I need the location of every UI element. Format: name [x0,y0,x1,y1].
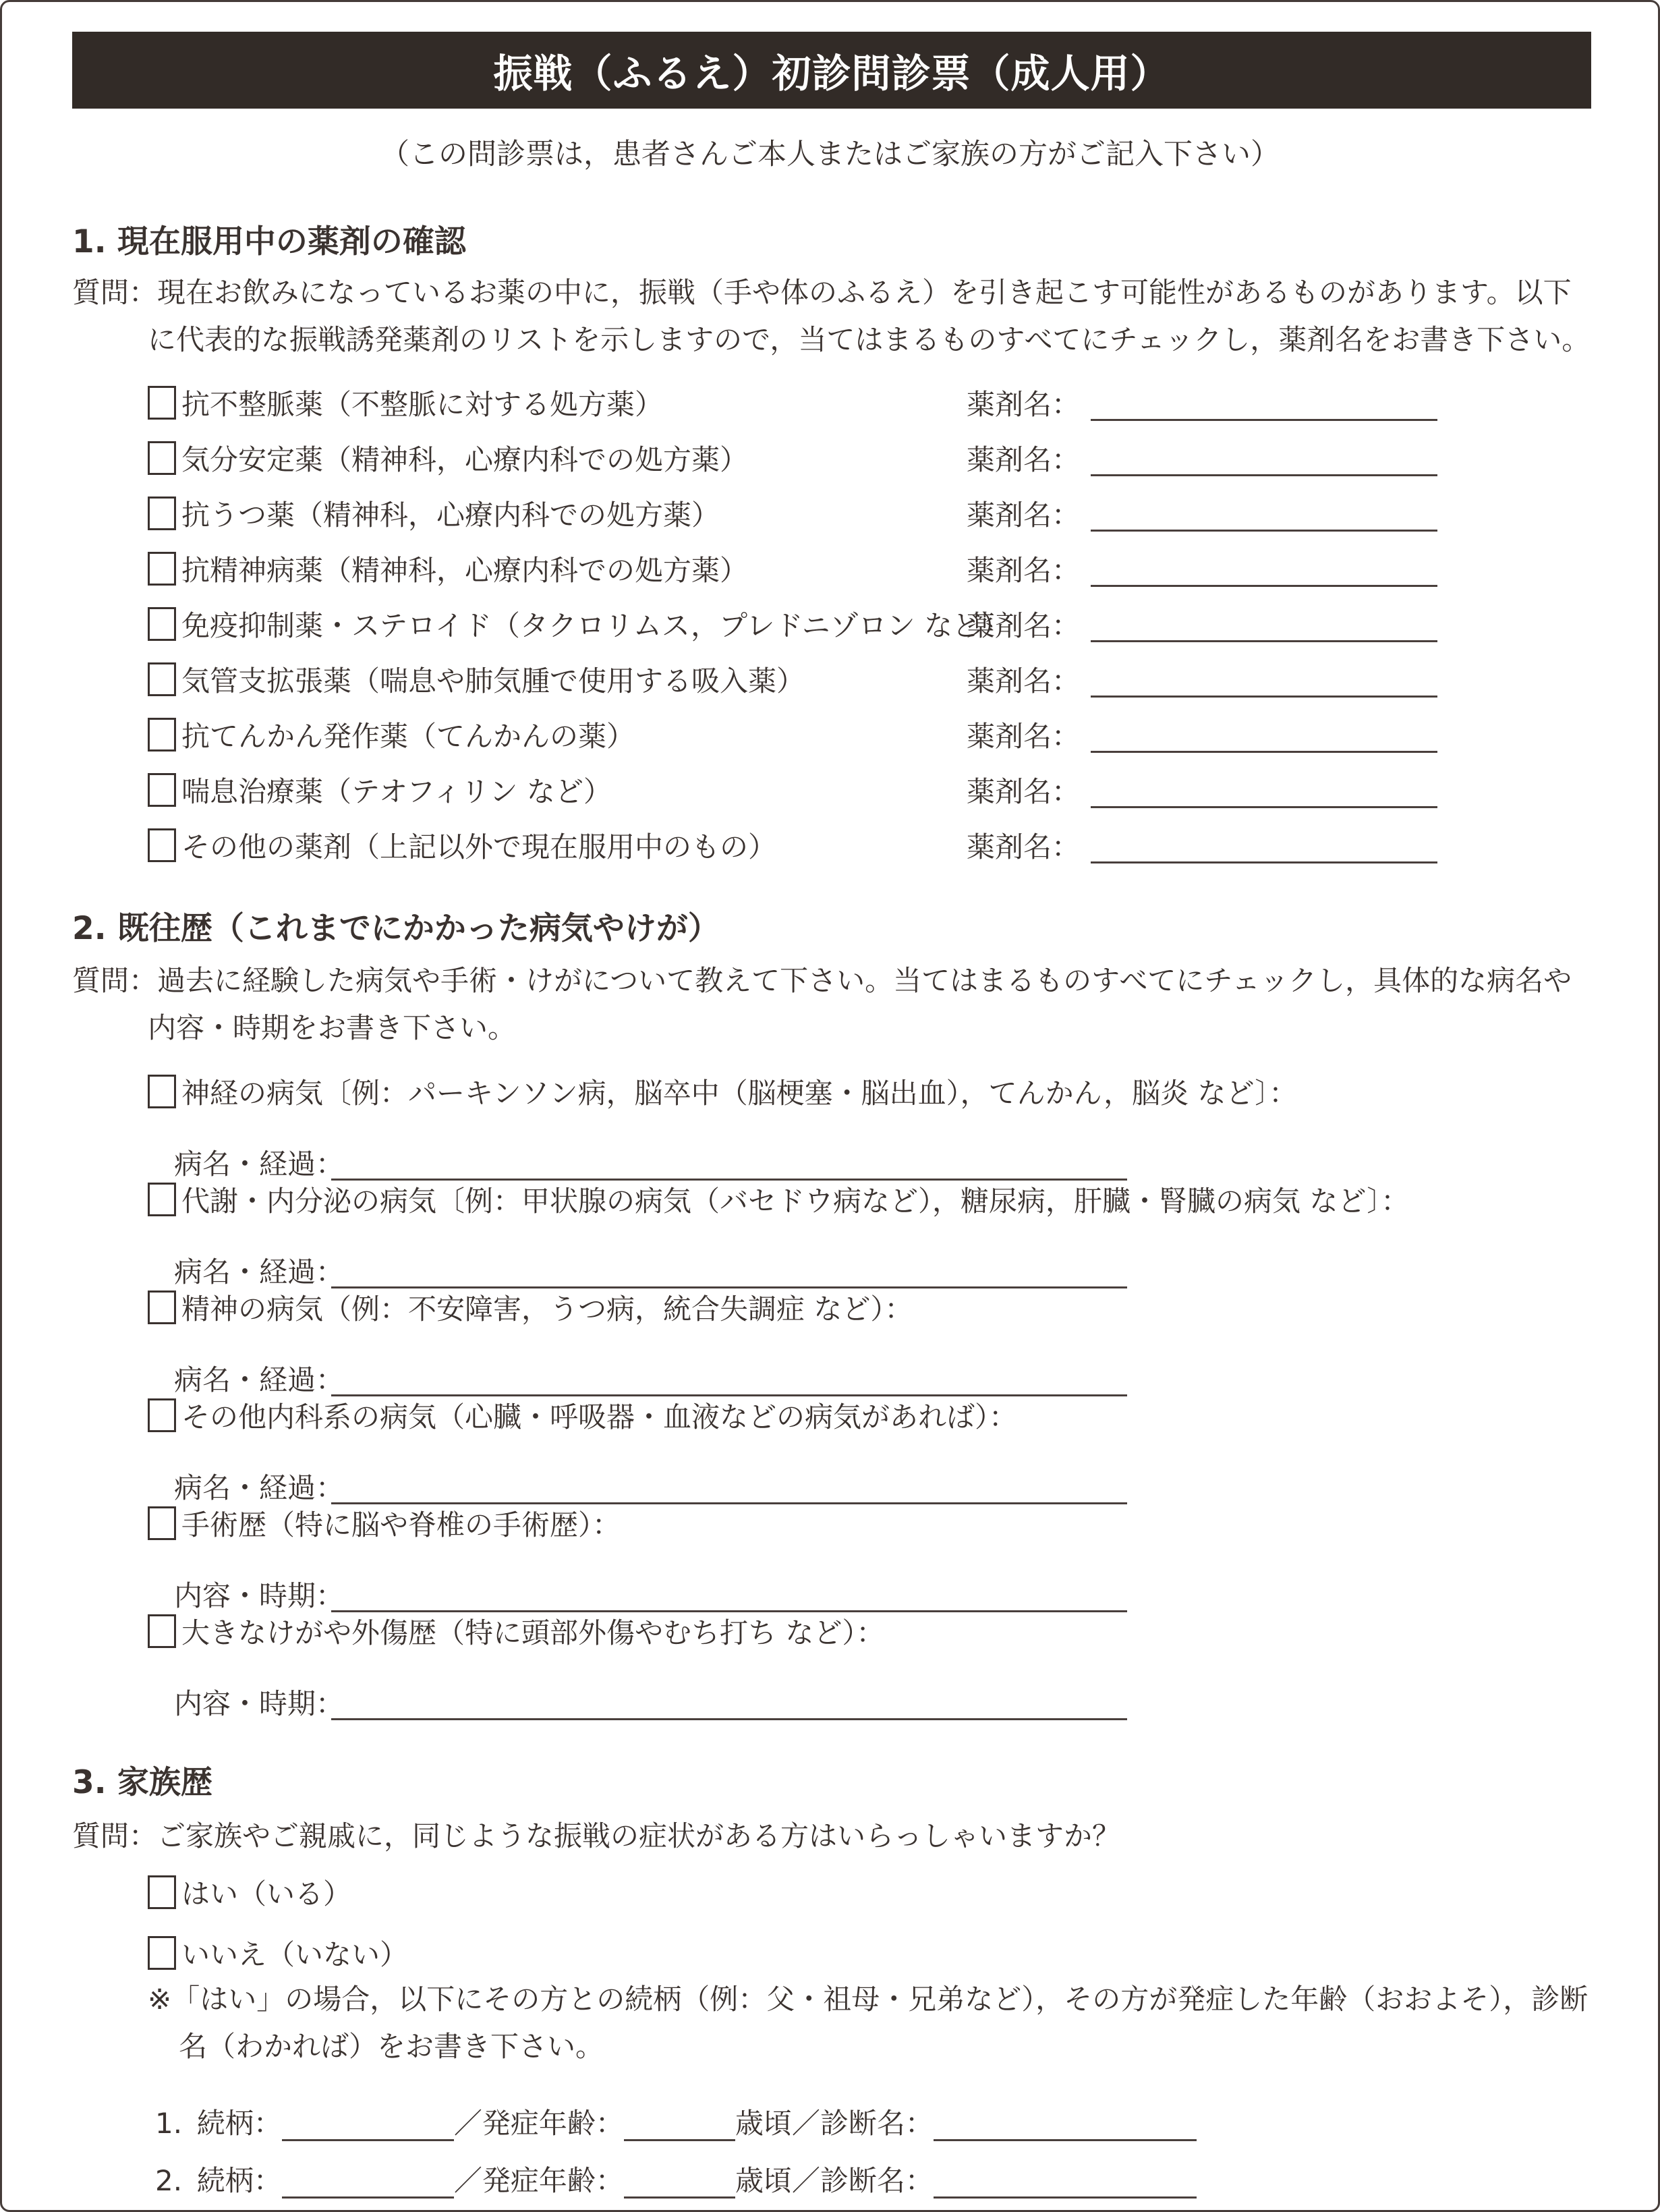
med-item: 気分安定薬（精神科，心療内科での処方薬） [148,438,748,478]
med-checkbox[interactable] [148,497,176,530]
med-item-label: 抗うつ薬（精神科，心療内科での処方薬） [181,499,720,532]
onset-age-field[interactable] [624,2108,735,2141]
med-row: その他の薬剤（上記以外で現在服用中のもの） 薬剤名： [2,816,1660,872]
drug-name-field[interactable] [1091,552,1437,587]
med-item-label: 抗不整脈薬（不整脈に対する処方薬） [181,388,663,421]
history-item: 大きなけがや外傷歴（特に頭部外傷やむち打ち など）： 内容・時期： [2,1611,1660,1719]
history-item-title: 手術歴（特に脳や脊椎の手術歴）： [148,1503,621,1543]
question-label: 質問： [72,276,157,309]
drug-name-field[interactable] [1091,387,1437,421]
history-sub-label: 内容・時期： [174,1574,344,1614]
diagnosis-field[interactable] [934,2165,1197,2199]
med-item: 免疫抑制薬・ステロイド（タクロリムス，プレドニゾロン など） [148,604,1009,644]
history-checkbox[interactable] [148,1398,176,1432]
history-item: 精神の病気（例：不安障害，うつ病，統合失調症 など）： 病名・経過： [2,1287,1660,1395]
drug-name-field[interactable] [1091,718,1437,753]
history-detail-field[interactable] [331,1470,1127,1504]
history-checkbox[interactable] [148,1614,176,1648]
history-item: 代謝・内分泌の病気〔例：甲状腺の病気（バセドウ病など），糖尿病，肝臓・腎臓の病気… [2,1179,1660,1287]
med-checkbox[interactable] [148,718,176,751]
section-2-heading: 2. 既往歴（これまでにかかった病気やけが） [72,903,720,948]
history-checkbox[interactable] [148,1291,176,1324]
med-row: 気分安定薬（精神科，心療内科での処方薬） 薬剤名： [2,428,1660,485]
history-checkbox[interactable] [148,1075,176,1108]
history-item-label: その他内科系の病気（心臓・呼吸器・血液などの病気があれば）： [181,1400,1017,1434]
diagnosis-field[interactable] [934,2108,1197,2141]
history-item-label: 精神の病気（例：不安障害，うつ病，統合失調症 など）： [181,1293,913,1326]
med-row: 喘息治療薬（テオフィリン など） 薬剤名： [2,760,1660,817]
med-checkbox[interactable] [148,773,176,807]
history-item: その他内科系の病気（心臓・呼吸器・血液などの病気があれば）： 病名・経過： [2,1395,1660,1503]
history-item: 神経の病気〔例：パーキンソン病，脳卒中（脳梗塞・脳出血），てんかん，脳炎 など〕… [2,1071,1660,1179]
drug-name-field[interactable] [1091,442,1437,476]
med-checkbox[interactable] [148,662,176,696]
history-detail-field[interactable] [331,1362,1127,1396]
family-choice-yes: はい（いる） [148,1872,351,1912]
section-1-question: 質問：現在お飲みになっているお薬の中に，振戦（手や体のふるえ）を引き起こす可能性… [72,269,1594,364]
history-item-title: その他内科系の病気（心臓・呼吸器・血液などの病気があれば）： [148,1395,1017,1436]
med-checkbox[interactable] [148,441,176,475]
question-label: 質問： [72,964,157,997]
history-item-label: 神経の病気〔例：パーキンソン病，脳卒中（脳梗塞・脳出血），てんかん，脳炎 など〕… [181,1077,1297,1110]
header-bar: 振戦（ふるえ）初診問診票（成人用） [72,32,1591,109]
history-detail-field[interactable] [331,1254,1127,1288]
med-row: 抗うつ薬（精神科，心療内科での処方薬） 薬剤名： [2,484,1660,540]
family-yes-label: はい（いる） [181,1877,351,1910]
med-item-label: その他の薬剤（上記以外で現在服用中のもの） [181,830,776,863]
med-row: 気管支拡張薬（喘息や肺気腫で使用する吸入薬） 薬剤名： [2,650,1660,706]
history-checkbox[interactable] [148,1183,176,1216]
onset-age-label: ／発症年齢： [454,2107,624,2140]
history-detail-field[interactable] [331,1578,1127,1612]
family-row-2: 2. 続柄：／発症年齢：歳頃／診断名： [155,2159,1197,2199]
history-item-title: 代謝・内分泌の病気〔例：甲状腺の病気（バセドウ病など），糖尿病，肝臓・腎臓の病気… [148,1179,1409,1220]
history-checkbox[interactable] [148,1506,176,1540]
relation-label: 続柄： [197,2164,282,2197]
history-item-title: 大きなけがや外傷歴（特に頭部外傷やむち打ち など）： [148,1611,884,1651]
history-sub-label: 病名・経過： [174,1358,344,1398]
section-2-question: 質問：過去に経験した病気や手術・けがについて教えて下さい。当てはまるものすべてに… [72,957,1594,1052]
history-detail-field[interactable] [331,1686,1127,1720]
onset-age-label: ／発症年齢： [454,2164,624,2197]
section-1-heading: 1. 現在服用中の薬剤の確認 [72,217,466,262]
med-item-label: 抗精神病薬（精神科，心療内科での処方薬） [181,554,748,587]
drug-name-field[interactable] [1091,608,1437,642]
family-no-label: いいえ（いない） [181,1938,408,1971]
med-row: 抗精神病薬（精神科，心療内科での処方薬） 薬剤名： [2,539,1660,596]
med-row: 抗不整脈薬（不整脈に対する処方薬） 薬剤名： [2,373,1660,430]
family-row-number: 2. [155,2164,182,2197]
family-note: ※「はい」の場合，以下にその方との続柄（例：父・祖母・兄弟など），その方が発症し… [148,1976,1598,2070]
history-sub-label: 病名・経過： [174,1466,344,1506]
drug-name-label: 薬剤名： [967,714,1080,755]
family-row-number: 1. [155,2107,182,2140]
history-item-label: 代謝・内分泌の病気〔例：甲状腺の病気（バセドウ病など），糖尿病，肝臓・腎臓の病気… [181,1185,1409,1218]
med-row: 免疫抑制薬・ステロイド（タクロリムス，プレドニゾロン など） 薬剤名： [2,594,1660,651]
med-item-label: 喘息治療薬（テオフィリン など） [181,775,612,808]
family-yes-checkbox[interactable] [148,1875,176,1909]
family-no-checkbox[interactable] [148,1936,176,1970]
med-item: 喘息治療薬（テオフィリン など） [148,770,612,810]
med-item: 抗不整脈薬（不整脈に対する処方薬） [148,382,663,423]
family-choice-no: いいえ（いない） [148,1933,408,1973]
med-checkbox[interactable] [148,607,176,641]
drug-name-label: 薬剤名： [967,604,1080,644]
drug-name-field[interactable] [1091,663,1437,698]
med-item-label: 気管支拡張薬（喘息や肺気腫で使用する吸入薬） [181,664,805,698]
drug-name-label: 薬剤名： [967,493,1080,534]
history-item: 手術歴（特に脳や脊椎の手術歴）： 内容・時期： [2,1503,1660,1611]
med-row: 抗てんかん発作薬（てんかんの薬） 薬剤名： [2,705,1660,762]
drug-name-label: 薬剤名： [967,659,1080,700]
onset-age-field[interactable] [624,2165,735,2199]
med-checkbox[interactable] [148,828,176,862]
history-sub-label: 病名・経過： [174,1142,344,1183]
med-item-label: 抗てんかん発作薬（てんかんの薬） [181,720,635,753]
drug-name-field[interactable] [1091,829,1437,863]
drug-name-field[interactable] [1091,774,1437,808]
history-item-title: 精神の病気（例：不安障害，うつ病，統合失調症 など）： [148,1287,913,1328]
drug-name-label: 薬剤名： [967,770,1080,810]
question-text: ご家族やご親戚に，同じような振戦の症状がある方はいらっしゃいますか？ [157,1819,1120,1852]
diagnosis-label: 歳頃／診断名： [735,2107,934,2140]
diagnosis-label: 歳頃／診断名： [735,2164,934,2197]
question-text: 過去に経験した病気や手術・けがについて教えて下さい。当てはまるものすべてにチェッ… [148,964,1572,1044]
med-checkbox[interactable] [148,552,176,586]
drug-name-label: 薬剤名： [967,548,1080,589]
med-item: 抗うつ薬（精神科，心療内科での処方薬） [148,493,720,534]
section-3-heading: 3. 家族歴 [72,1757,212,1803]
med-item: 気管支拡張薬（喘息や肺気腫で使用する吸入薬） [148,659,805,700]
history-sub-label: 内容・時期： [174,1682,344,1722]
med-checkbox[interactable] [148,386,176,420]
relation-label: 続柄： [197,2107,282,2140]
drug-name-label: 薬剤名： [967,382,1080,423]
family-row-1: 1. 続柄：／発症年齢：歳頃／診断名： [155,2101,1197,2142]
drug-name-label: 薬剤名： [967,438,1080,478]
history-item-label: 手術歴（特に脳や脊椎の手術歴）： [181,1508,621,1541]
history-sub-label: 病名・経過： [174,1250,344,1291]
drug-name-label: 薬剤名： [967,825,1080,866]
page-subtitle: （この問診票は，患者さんご本人またはご家族の方がご記入下さい） [2,132,1658,173]
questionnaire-page: 振戦（ふるえ）初診問診票（成人用） （この問診票は，患者さんご本人またはご家族の… [0,0,1660,2212]
relation-field[interactable] [282,2165,454,2199]
relation-field[interactable] [282,2108,454,2141]
history-item-label: 大きなけがや外傷歴（特に頭部外傷やむち打ち など）： [181,1616,884,1649]
history-detail-field[interactable] [331,1146,1127,1181]
question-label: 質問： [72,1819,157,1852]
page-title: 振戦（ふるえ）初診問診票（成人用） [493,42,1170,98]
med-item-label: 気分安定薬（精神科，心療内科での処方薬） [181,443,748,476]
question-text: 現在お飲みになっているお薬の中に，振戦（手や体のふるえ）を引き起こす可能性がある… [148,276,1590,356]
history-item-title: 神経の病気〔例：パーキンソン病，脳卒中（脳梗塞・脳出血），てんかん，脳炎 など〕… [148,1071,1297,1112]
med-item: その他の薬剤（上記以外で現在服用中のもの） [148,825,776,866]
med-item: 抗精神病薬（精神科，心療内科での処方薬） [148,548,748,589]
section-3-question: 質問：ご家族やご親戚に，同じような振戦の症状がある方はいらっしゃいますか？ [72,1813,1594,1860]
drug-name-field[interactable] [1091,497,1437,532]
med-item-label: 免疫抑制薬・ステロイド（タクロリムス，プレドニゾロン など） [181,609,1009,642]
med-item: 抗てんかん発作薬（てんかんの薬） [148,714,635,755]
